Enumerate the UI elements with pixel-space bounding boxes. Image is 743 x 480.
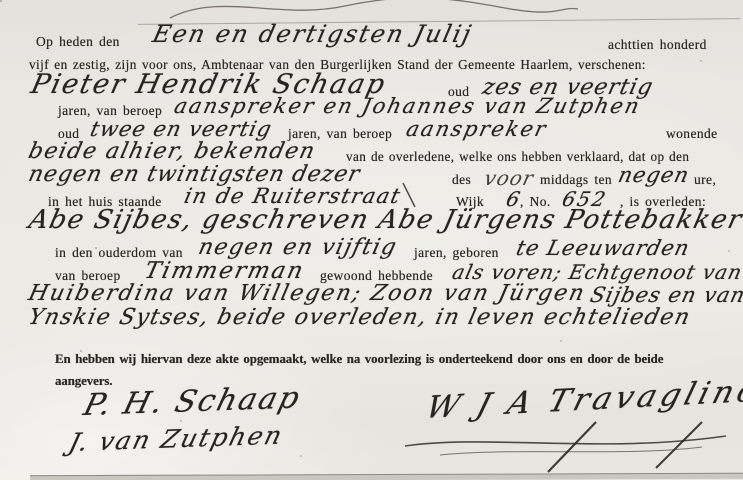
hand-date: Een en dertigsten Julij bbox=[150, 20, 475, 48]
printed-ure: ure, bbox=[694, 172, 716, 188]
dust-specks bbox=[0, 0, 2, 2]
signature-paraph-icon bbox=[400, 426, 732, 474]
ink-flourish-top-icon bbox=[150, 0, 580, 22]
signature-registrar: W J A Travaglino bbox=[422, 373, 743, 426]
signature-declarant2: J. van Zutphen bbox=[66, 421, 287, 457]
printed-geboren: jaren, geboren bbox=[414, 245, 499, 261]
scan-edge-bottom bbox=[28, 473, 743, 480]
hand-declarant2-beroep: aanspreker bbox=[404, 117, 550, 141]
printed-slotformule-1: En hebben wij hiervan deze akte opgemaak… bbox=[55, 352, 663, 367]
printed-des: des bbox=[452, 172, 471, 188]
hand-uur: negen bbox=[616, 163, 692, 187]
hand-familie-2: Sijbes en van bbox=[588, 283, 743, 307]
hand-woonplaats: beide alhier, bekenden bbox=[26, 139, 318, 164]
death-certificate-scan: Op heden den Een en dertigsten Julij ach… bbox=[0, 0, 743, 480]
printed-op-heden-den: Op heden den bbox=[36, 34, 120, 50]
hand-familie-3: Ynskie Sytses, beide overleden, in leven… bbox=[26, 305, 693, 330]
scan-edge-corner bbox=[0, 472, 30, 480]
hand-familie-1: Huiberdina van Willegen; Zoon van Jürgen bbox=[26, 281, 588, 306]
hand-overledene-leeftijd: negen en vijftig bbox=[196, 235, 400, 260]
signature-declarant1: P. H. Schaap bbox=[80, 381, 305, 423]
printed-achttien-honderd: achttien honderd bbox=[608, 37, 707, 53]
hand-beroep-declarant2-name: aanspreker en Johannes van Zutphen bbox=[172, 94, 643, 118]
hand-geboorteplaats: te Leeuwarden bbox=[514, 236, 692, 260]
printed-wonende: wonende bbox=[666, 126, 718, 142]
hand-declarant2-age: twee en veertig bbox=[88, 117, 274, 141]
hand-overledene-naam: Abe Sijbes, geschreven Abe Jürgens Potte… bbox=[26, 205, 743, 235]
printed-middags-ten: middags ten bbox=[540, 172, 612, 188]
